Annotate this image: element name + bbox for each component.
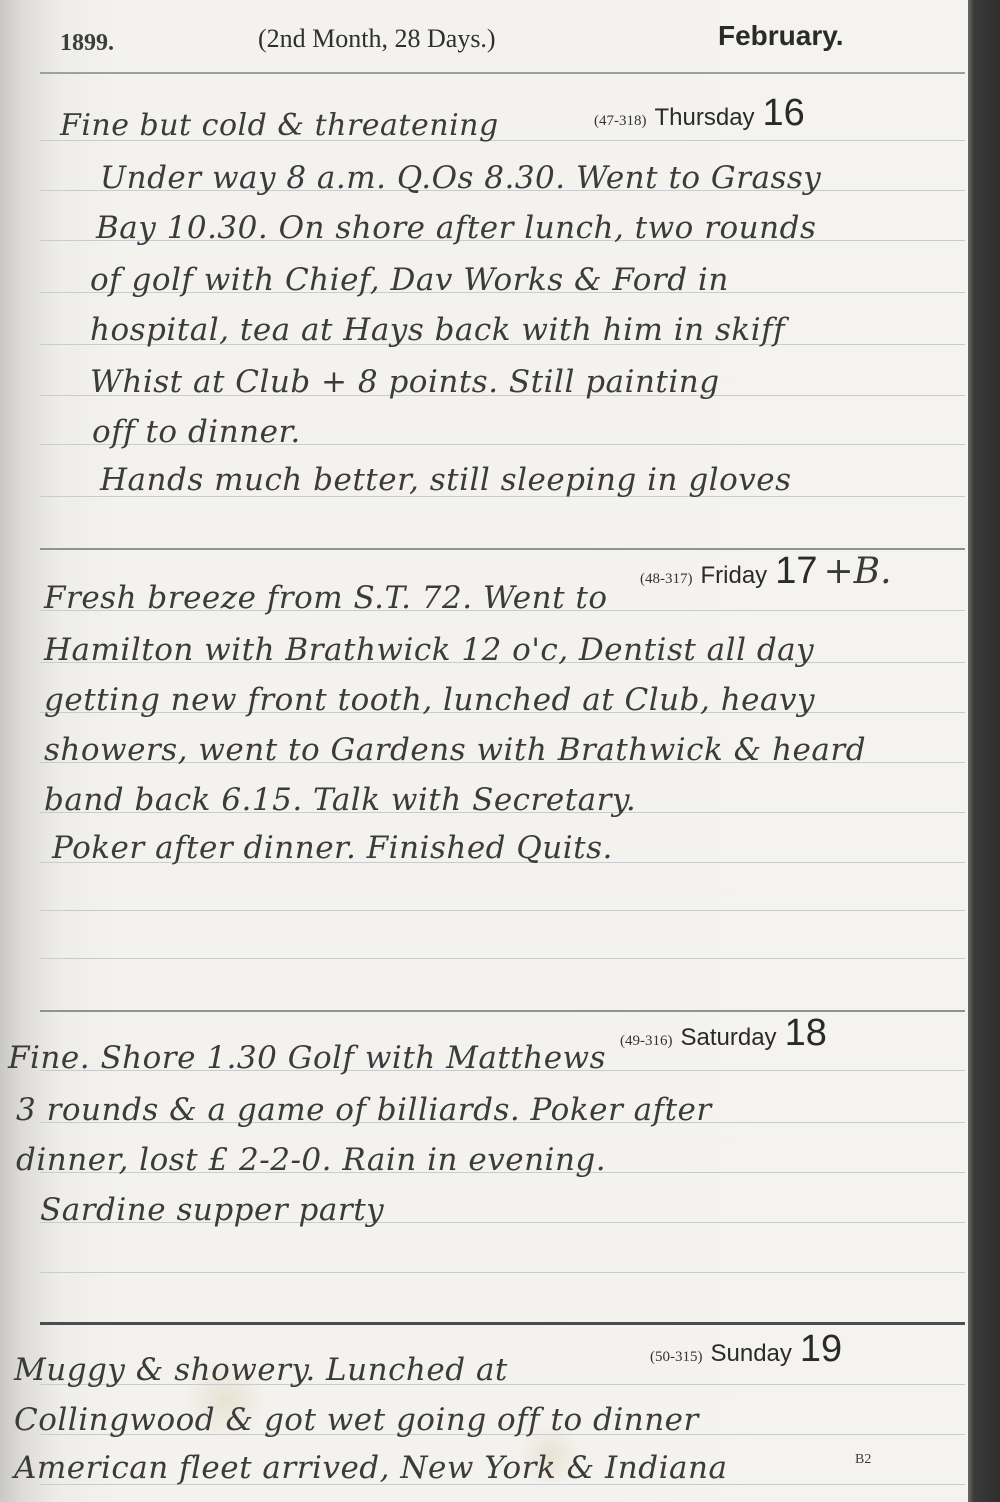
handwritten-line: Muggy & showery. Lunched at — [14, 1352, 508, 1388]
handwritten-line: hospital, tea at Hays back with him in s… — [90, 312, 785, 348]
handwritten-line: Collingwood & got wet going off to dinne… — [14, 1402, 699, 1438]
month-info: (2nd Month, 28 Days.) — [258, 24, 496, 54]
day-header-thursday: (47-318) Thursday 16 — [594, 92, 805, 135]
date-number: 19 — [800, 1328, 842, 1371]
weekday-label: Sunday — [711, 1340, 792, 1368]
day-divider — [40, 1322, 965, 1325]
handwritten-line: Fine. Shore 1.30 Golf with Matthews — [8, 1040, 606, 1076]
date-number: 18 — [785, 1012, 827, 1055]
ruled-line — [40, 910, 965, 911]
page-header: 1899. (2nd Month, 28 Days.) February. — [0, 18, 968, 58]
handwritten-line: Under way 8 a.m. Q.Os 8.30. Went to Gras… — [100, 160, 821, 196]
weekday-label: Saturday — [681, 1024, 777, 1052]
handwritten-line: of golf with Chief, Dav Works & Ford in — [90, 262, 729, 298]
header-rule — [40, 72, 965, 74]
book-binding-edge — [968, 0, 1000, 1502]
weekday-label: Thursday — [655, 104, 755, 132]
handwritten-line: Fresh breeze from S.T. 72. Went to — [44, 580, 608, 616]
date-number: 17 — [775, 550, 817, 593]
handwritten-line: dinner, lost £ 2-2-0. Rain in evening. — [16, 1142, 606, 1178]
day-count: (50-315) — [650, 1349, 703, 1366]
date-number: 16 — [763, 92, 805, 135]
handwritten-line: off to dinner. — [92, 414, 301, 450]
handwritten-line: getting new front tooth, lunched at Club… — [44, 682, 815, 718]
handwritten-line: Bay 10.30. On shore after lunch, two rou… — [96, 210, 816, 246]
ruled-line — [40, 1272, 965, 1273]
handwritten-line: Sardine supper party — [40, 1192, 384, 1228]
day-count: (49-316) — [620, 1033, 673, 1050]
day-count: (47-318) — [594, 113, 647, 130]
handwritten-line: band back 6.15. Talk with Secretary. — [44, 782, 636, 818]
weekday-label: Friday — [701, 562, 768, 590]
page-signature-mark: B2 — [855, 1452, 871, 1468]
handwritten-line: Fine but cold & threatening — [60, 108, 499, 143]
handwritten-line: 3 rounds & a game of billiards. Poker af… — [16, 1092, 712, 1128]
day-header-saturday: (49-316) Saturday 18 — [620, 1012, 827, 1055]
handwritten-line: Hamilton with Brathwick 12 o'c, Dentist … — [44, 632, 814, 668]
day-count: (48-317) — [640, 571, 693, 588]
month-label: February. — [718, 20, 844, 52]
day-header-sunday: (50-315) Sunday 19 — [650, 1328, 842, 1371]
handwritten-line: Poker after dinner. Finished Quits. — [52, 830, 613, 866]
day-header-friday: (48-317) Friday 17 +B. — [640, 550, 892, 593]
diary-page: 1899. (2nd Month, 28 Days.) February. (4… — [0, 0, 968, 1502]
handwritten-line: American fleet arrived, New York & India… — [14, 1450, 727, 1486]
ruled-line — [40, 958, 965, 959]
handwritten-line: showers, went to Gardens with Brathwick … — [44, 732, 866, 768]
date-annotation: +B. — [823, 551, 891, 592]
year-label: 1899. — [60, 30, 114, 57]
handwritten-line: Whist at Club + 8 points. Still painting — [90, 364, 720, 400]
handwritten-line: Hands much better, still sleeping in glo… — [100, 462, 792, 498]
